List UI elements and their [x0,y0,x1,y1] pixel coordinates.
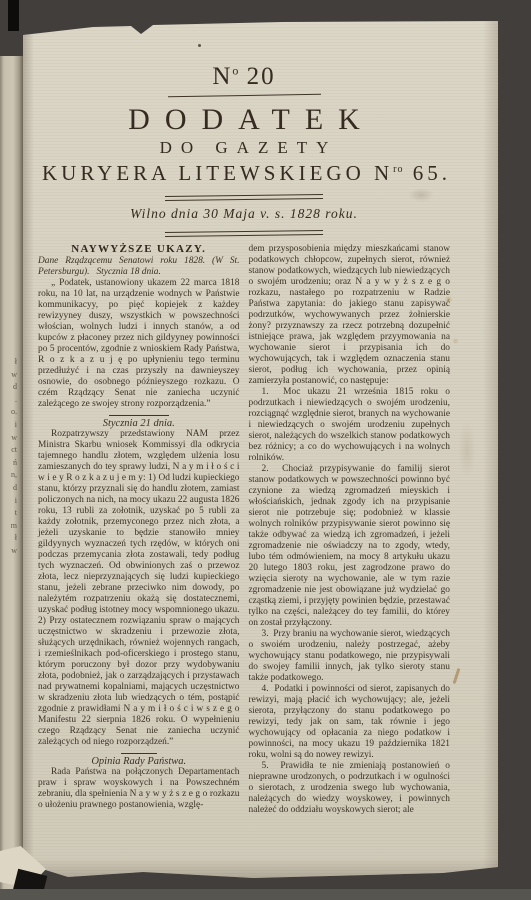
numbered-item-3: 3. Przy braniu na wychowanie sierot, wie… [249,629,451,684]
divider-rule [165,194,323,201]
numbered-item-5: 5. Prawidła te nie zmieniają postanowień… [249,761,451,816]
ukaz-paragraph-1: „ Podatek, ustanowiony ukazem 22 marca 1… [38,278,240,410]
numbered-item-1: 1. Moc ukazu 21 września 1815 roku o pod… [249,387,451,464]
continuation-paragraph: dem przysposobienia między mieszkańcami … [249,244,451,387]
ukaz-date-intro: Dane Rządzącemu Senatowi roku 1828. (W S… [38,256,240,278]
page-content: No 20 DODATEK DO GAZETY KURYERA LITEWSKI… [38,21,450,816]
divider-rule [109,415,169,416]
page-edge-fragments: ł w d . o. i w ct ń n, d i t m ł w [2,356,17,558]
masthead-issue-number: No 20 [38,63,450,91]
publication-dateline: Wilno dnia 30 Maja v. s. 1828 roku. [38,206,450,222]
newspaper-page: No 20 DODATEK DO GAZETY KURYERA LITEWSKI… [23,21,498,878]
right-column: dem przysposobienia między mieszkańcami … [249,244,451,816]
opinia-paragraph: Rada Państwa na połączonych Departamenta… [38,767,240,811]
adjacent-page-edge: ł w d . o. i w ct ń n, d i t m ł w [0,56,23,900]
masthead: No 20 DODATEK DO GAZETY KURYERA LITEWSKI… [38,63,450,236]
masthead-title-line1: DODATEK [38,103,450,137]
binding-clip-mark [8,0,19,31]
masthead-title-line3-text: KURYERA LITEWSKIEGO [42,161,365,185]
photo-backdrop: ł w d . o. i w ct ń n, d i t m ł w No 20… [0,0,531,900]
issue-number: 20 [247,63,276,90]
subheading-stycznia-21: Stycznia 21 dnia. [38,418,240,429]
masthead-title-line3-superscript: ro [393,164,403,175]
masthead-title-line3: KURYERA LITEWSKIEGO Nro 65. [38,161,450,186]
masthead-title-line2: DO GAZETY [38,138,450,158]
issue-letter: N [212,63,232,90]
ukaz-paragraph-2: Rozpatrzywszy przedstawiony NAM przez Mi… [38,429,240,748]
numbered-item-4: 4. Podatki i powinności od sierot, zapis… [249,684,451,761]
left-column: NAYWYŻSZE UKAZY. Dane Rządzącemu Senatow… [38,244,240,816]
numbered-item-2: 2. Chociaż przypisywanie do familij sier… [249,464,451,629]
subheading-opinia-rady-panstwa: Opinia Rady Państwa. [38,756,240,767]
divider-rule [168,94,321,97]
issue-superscript: o [232,64,238,78]
divider-rule [121,753,157,754]
masthead-title-line3-number: 65. [413,161,451,185]
divider-rule [165,230,323,237]
text-columns: NAYWYŻSZE UKAZY. Dane Rządzącemu Senatow… [38,244,450,816]
scanner-bed-strip [0,889,531,900]
section-heading-ukazy: NAYWYŻSZE UKAZY. [38,244,240,255]
masthead-title-line3-n: N [374,161,393,185]
